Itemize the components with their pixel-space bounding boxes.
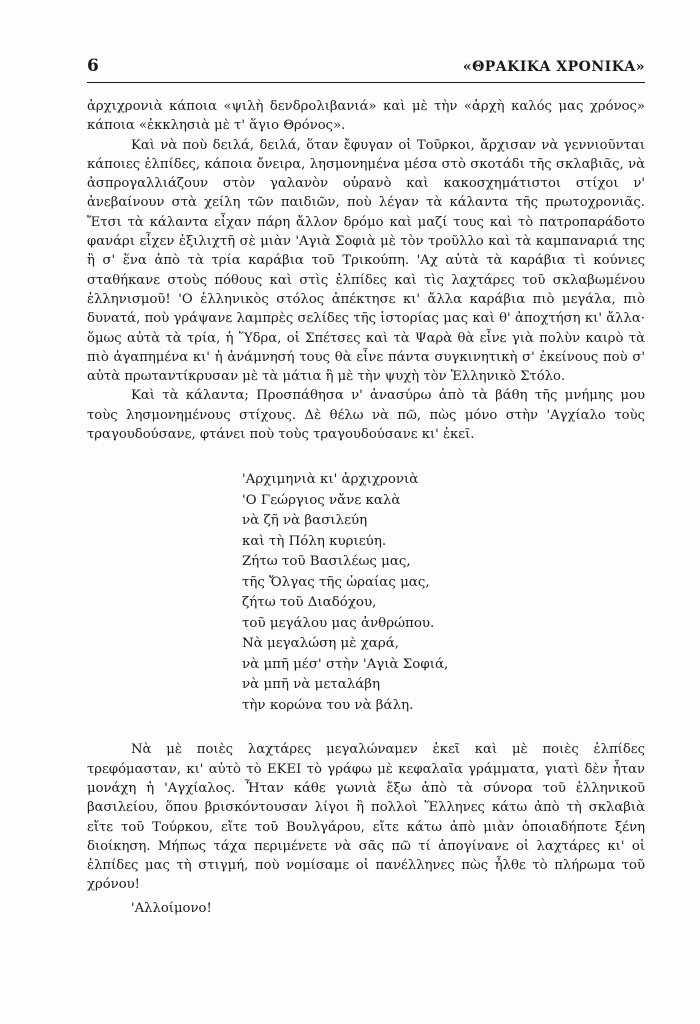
poem-line: Ζήτω τοῦ Βασιλέως μας, [242, 552, 645, 573]
article-body: ἀρχιχρονιὰ κάποια «ψιλὴ δενδρολιβανιά» κ… [87, 97, 645, 918]
closing-exclamation: 'Αλλοίμονο! [87, 899, 645, 918]
poem-line: 'Ο Γεώργιος νἄνε καλὰ [242, 491, 645, 512]
poem-line: 'Αρχιμηνιὰ κι' ἀρχιχρονιὰ [242, 470, 645, 491]
header-rule [87, 82, 645, 83]
poem-line: τοῦ μεγάλου μας ἀνθρώπου. [242, 614, 645, 635]
paragraph: Καὶ τὰ κάλαντα; Προσπάθησα ν' ἀνασύρω ἀπ… [87, 386, 645, 444]
carol-poem: 'Αρχιμηνιὰ κι' ἀρχιχρονιὰ 'Ο Γεώργιος νἄ… [242, 470, 645, 716]
page-header: 6 «ΘΡΑΚΙΚΑ ΧΡΟΝΙΚΑ» [87, 56, 645, 78]
running-title: «ΘΡΑΚΙΚΑ ΧΡΟΝΙΚΑ» [463, 59, 645, 75]
closing-section: Νὰ μὲ ποιὲς λαχτάρες μεγαλώναμεν ἐκεῖ κα… [87, 740, 645, 918]
poem-line: νὰ μπῆ μέσ' στὴν 'Αγιὰ Σοφιά, [242, 655, 645, 676]
poem-line: νὰ ζῆ νὰ βασιλεύη [242, 511, 645, 532]
poem-line: καὶ τὴ Πόλη κυριεύη. [242, 532, 645, 553]
poem-line: ζήτω τοῦ Διαδόχου, [242, 593, 645, 614]
poem-line: τὴν κορώνα του νὰ βάλη. [242, 696, 645, 717]
poem-line: νὰ μπῆ νὰ μεταλάβη [242, 675, 645, 696]
page-number: 6 [87, 56, 99, 76]
paragraph-continuation: ἀρχιχρονιὰ κάποια «ψιλὴ δενδρολιβανιά» κ… [87, 97, 645, 136]
document-page: 6 «ΘΡΑΚΙΚΑ ΧΡΟΝΙΚΑ» ἀρχιχρονιὰ κάποια «ψ… [87, 56, 645, 918]
poem-line: Νὰ μεγαλώση μὲ χαρά, [242, 634, 645, 655]
paragraph: Νὰ μὲ ποιὲς λαχτάρες μεγαλώναμεν ἐκεῖ κα… [87, 740, 645, 894]
poem-line: τῆς Ὄλγας τῆς ὡραίας μας, [242, 573, 645, 594]
paragraph: Καὶ νὰ ποὺ δειλά, δειλά, ὅταν ἔφυγαν οἱ … [87, 136, 645, 387]
